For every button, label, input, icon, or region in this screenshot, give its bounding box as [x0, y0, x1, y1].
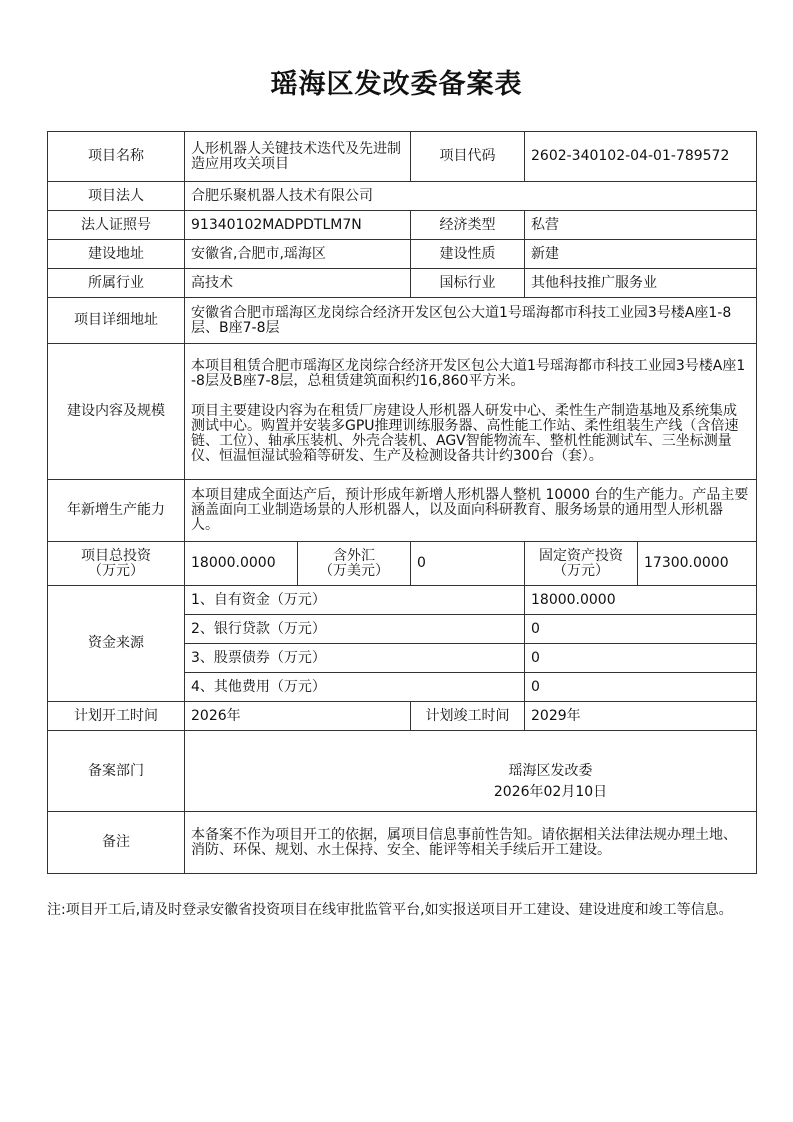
fixed-invest-label: 固定资产投资 （万元） — [525, 542, 638, 586]
dept-name: 瑶海区发改委 — [351, 761, 750, 782]
dept-label: 备案部门 — [48, 731, 185, 812]
row-legal-entity: 项目法人 合肥乐聚机器人技术有限公司 — [48, 182, 757, 211]
detail-address-label: 项目详细地址 — [48, 298, 185, 344]
national-industry-value: 其他科技推广服务业 — [525, 269, 757, 298]
economy-type-label: 经济类型 — [411, 211, 525, 240]
funding-item-label: 4、其他费用（万元） — [185, 673, 525, 702]
row-project-name: 项目名称 人形机器人关键技术迭代及先进制造应用攻关项目 项目代码 2602-34… — [48, 132, 757, 182]
legal-entity-value: 合肥乐聚机器人技术有限公司 — [185, 182, 757, 211]
funding-item-value: 0 — [525, 644, 757, 673]
row-remark: 备注 本备案不作为项目开工的依据，属项目信息事前性告知。请依据相关法律法规办理土… — [48, 812, 757, 874]
scope-value: 本项目租赁合肥市瑶海区龙岗综合经济开发区包公大道1号瑶海都市科技工业园3号楼A座… — [185, 344, 757, 480]
location-value: 安徽省,合肥市,瑶海区 — [185, 240, 411, 269]
footnote: 注:项目开工后,请及时登录安徽省投资项目在线审批监管平台,如实报送项目开工建设、… — [47, 897, 752, 923]
funding-item-value: 0 — [525, 615, 757, 644]
industry-value: 高技术 — [185, 269, 411, 298]
forex-label: 含外汇 （万美元） — [298, 542, 411, 586]
start-label: 计划开工时间 — [48, 702, 185, 731]
legal-entity-label: 项目法人 — [48, 182, 185, 211]
row-capacity: 年新增生产能力 本项目建成全面达产后，预计形成年新增人形机器人整机 10000 … — [48, 480, 757, 542]
scope-label: 建设内容及规模 — [48, 344, 185, 480]
project-name-label: 项目名称 — [48, 132, 185, 182]
fixed-invest-value: 17300.0000 — [638, 542, 757, 586]
national-industry-label: 国标行业 — [411, 269, 525, 298]
fixed-invest-label-line1: 固定资产投资 — [531, 549, 631, 564]
project-code-label: 项目代码 — [411, 132, 525, 182]
total-invest-value: 18000.0000 — [185, 542, 298, 586]
forex-label-line1: 含外汇 — [304, 549, 404, 564]
nature-value: 新建 — [525, 240, 757, 269]
project-name-value: 人形机器人关键技术迭代及先进制造应用攻关项目 — [185, 132, 411, 182]
forex-value: 0 — [411, 542, 525, 586]
location-label: 建设地址 — [48, 240, 185, 269]
row-investment: 项目总投资 （万元） 18000.0000 含外汇 （万美元） 0 固定资产投资… — [48, 542, 757, 586]
total-invest-label-line2: （万元） — [54, 564, 178, 579]
row-funding-1: 资金来源 1、自有资金（万元） 18000.0000 — [48, 586, 757, 615]
start-value: 2026年 — [185, 702, 411, 731]
funding-item-value: 0 — [525, 673, 757, 702]
funding-item-label: 1、自有资金（万元） — [185, 586, 525, 615]
project-code-value: 2602-340102-04-01-789572 — [525, 132, 757, 182]
dept-value: 瑶海区发改委 2026年02月10日 — [185, 731, 757, 812]
finish-label: 计划竣工时间 — [411, 702, 525, 731]
total-invest-label: 项目总投资 （万元） — [48, 542, 185, 586]
scope-paragraph-2: 项目主要建设内容为在租赁厂房建设人形机器人研发中心、柔性生产制造基地及系统集成测… — [191, 404, 750, 464]
license-no-value: 91340102MADPDTLM7N — [185, 211, 411, 240]
funding-item-label: 2、银行贷款（万元） — [185, 615, 525, 644]
license-no-label: 法人证照号 — [48, 211, 185, 240]
economy-type-value: 私营 — [525, 211, 757, 240]
row-schedule: 计划开工时间 2026年 计划竣工时间 2029年 — [48, 702, 757, 731]
capacity-label: 年新增生产能力 — [48, 480, 185, 542]
funding-item-label: 3、股票债券（万元） — [185, 644, 525, 673]
industry-label: 所属行业 — [48, 269, 185, 298]
filing-form-table: 项目名称 人形机器人关键技术迭代及先进制造应用攻关项目 项目代码 2602-34… — [47, 131, 757, 874]
capacity-value: 本项目建成全面达产后，预计形成年新增人形机器人整机 10000 台的生产能力。产… — [185, 480, 757, 542]
finish-value: 2029年 — [525, 702, 757, 731]
document-title: 瑶海区发改委备案表 — [0, 62, 793, 101]
remark-label: 备注 — [48, 812, 185, 874]
row-scope: 建设内容及规模 本项目租赁合肥市瑶海区龙岗综合经济开发区包公大道1号瑶海都市科技… — [48, 344, 757, 480]
row-detail-address: 项目详细地址 安徽省合肥市瑶海区龙岗综合经济开发区包公大道1号瑶海都市科技工业园… — [48, 298, 757, 344]
detail-address-value: 安徽省合肥市瑶海区龙岗综合经济开发区包公大道1号瑶海都市科技工业园3号楼A座1-… — [185, 298, 757, 344]
total-invest-label-line1: 项目总投资 — [54, 549, 178, 564]
dept-date: 2026年02月10日 — [351, 782, 750, 803]
scope-paragraph-1: 本项目租赁合肥市瑶海区龙岗综合经济开发区包公大道1号瑶海都市科技工业园3号楼A座… — [191, 359, 750, 389]
funding-label: 资金来源 — [48, 586, 185, 702]
nature-label: 建设性质 — [411, 240, 525, 269]
fixed-invest-label-line2: （万元） — [531, 564, 631, 579]
row-license: 法人证照号 91340102MADPDTLM7N 经济类型 私营 — [48, 211, 757, 240]
forex-label-line2: （万美元） — [304, 564, 404, 579]
funding-item-value: 18000.0000 — [525, 586, 757, 615]
remark-value: 本备案不作为项目开工的依据，属项目信息事前性告知。请依据相关法律法规办理土地、消… — [185, 812, 757, 874]
row-dept: 备案部门 瑶海区发改委 2026年02月10日 — [48, 731, 757, 812]
row-location: 建设地址 安徽省,合肥市,瑶海区 建设性质 新建 — [48, 240, 757, 269]
row-industry: 所属行业 高技术 国标行业 其他科技推广服务业 — [48, 269, 757, 298]
